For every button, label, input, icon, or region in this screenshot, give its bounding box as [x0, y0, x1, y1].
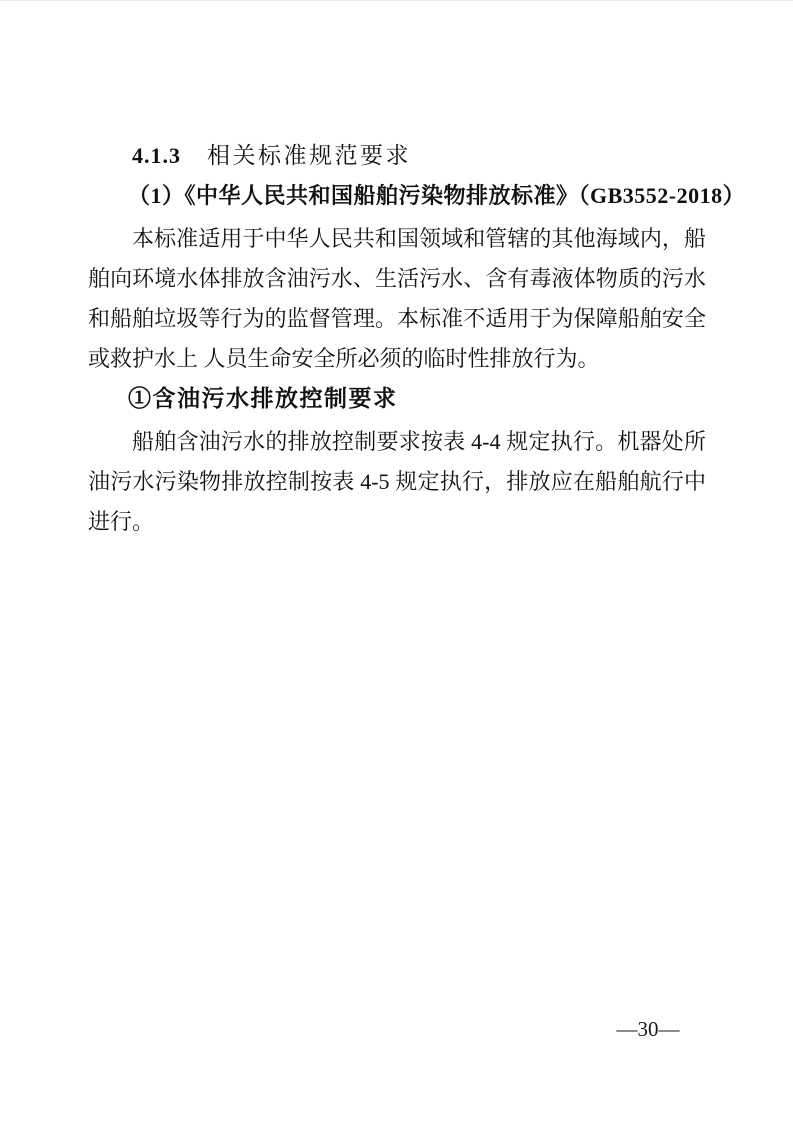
paragraph-line: 或救护水上 人员生命安全所必须的临时性排放行为。: [88, 339, 706, 379]
paragraph-line: 油污水污染物排放控制按表 4-5 规定执行，排放应在船舶航行中: [88, 462, 706, 502]
section-heading: 4.1.3相关标准规范要求: [88, 141, 706, 171]
standard-heading: （1）《中华人民共和国船舶污染物排放标准》（GB3552-2018）: [88, 176, 706, 216]
section-number: 4.1.3: [132, 143, 181, 168]
paragraph-scope: 本标准适用于中华人民共和国领域和管辖的其他海域内，船 舶向环境水体排放含油污水、…: [88, 219, 706, 379]
paragraph-line: 和船舶垃圾等行为的监督管理。本标准不适用于为保障船舶安全: [88, 299, 706, 339]
paragraph-line: 舶向环境水体排放含油污水、生活污水、含有毒液体物质的污水: [88, 259, 706, 299]
paragraph-line: 进行。: [88, 502, 706, 542]
paragraph-line: 船舶含油污水的排放控制要求按表 4-4 规定执行。机器处所: [88, 422, 706, 462]
section-title: 相关标准规范要求: [207, 143, 411, 168]
page-number: —30—: [596, 1016, 700, 1042]
paragraph-line: 本标准适用于中华人民共和国领域和管辖的其他海域内，船: [88, 219, 706, 259]
document-page: 4.1.3相关标准规范要求 （1）《中华人民共和国船舶污染物排放标准》（GB35…: [0, 0, 793, 1122]
subsection-heading: ①含油污水排放控制要求: [88, 379, 706, 419]
document-content: 4.1.3相关标准规范要求 （1）《中华人民共和国船舶污染物排放标准》（GB35…: [88, 141, 706, 542]
paragraph-oily-water: 船舶含油污水的排放控制要求按表 4-4 规定执行。机器处所 油污水污染物排放控制…: [88, 422, 706, 542]
